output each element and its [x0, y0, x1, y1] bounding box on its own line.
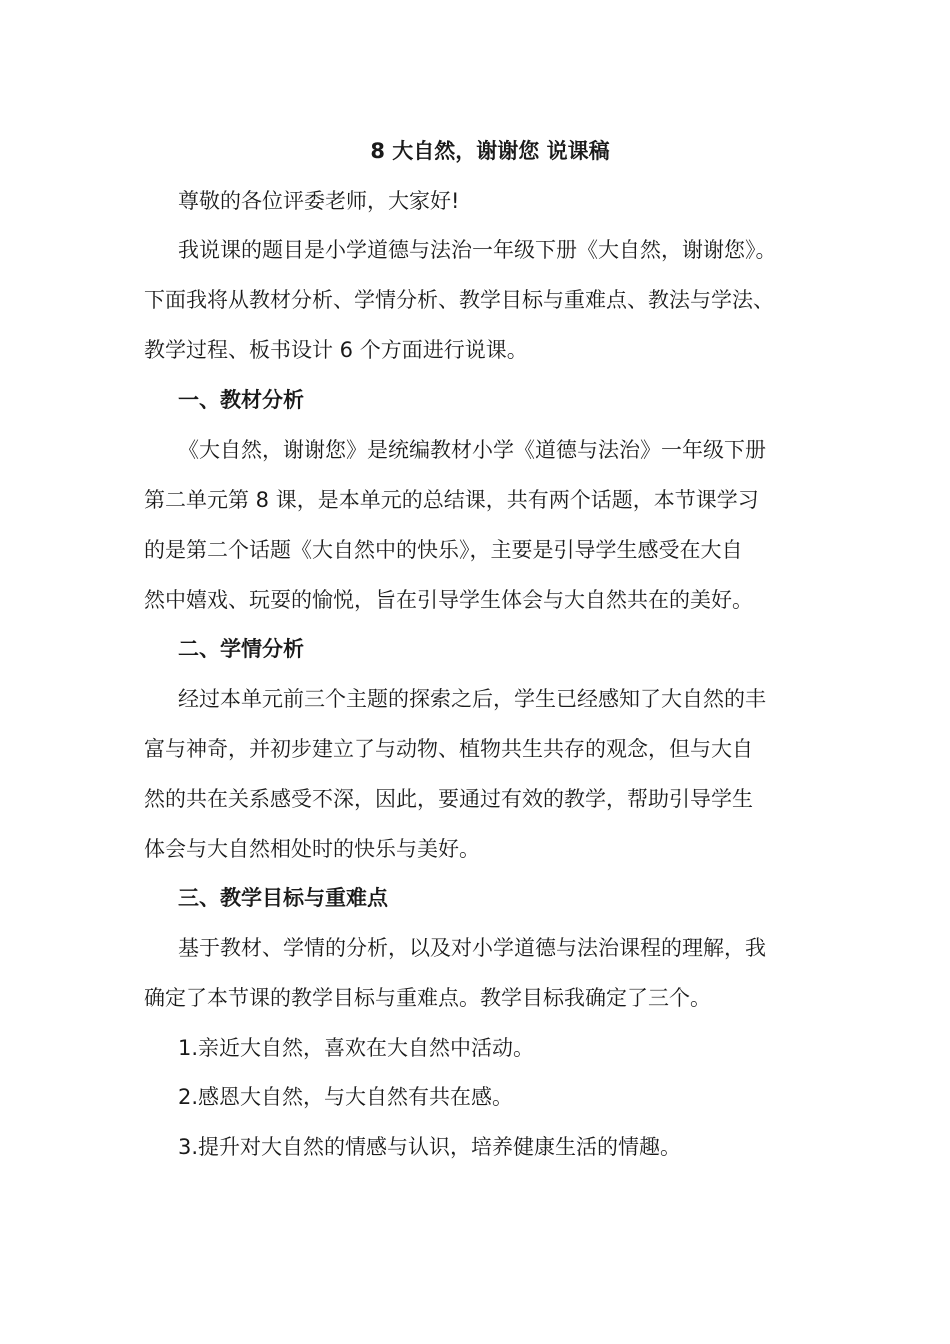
section-heading-teaching-goals: 三、教学目标与重难点: [178, 883, 388, 913]
paragraph-line: 富与神奇，并初步建立了与动物、植物共生共存的观念，但与大自: [144, 734, 753, 764]
intro-line: 教学过程、板书设计 6 个方面进行说课。: [144, 335, 528, 365]
paragraph-line: 第二单元第 8 课，是本单元的总结课，共有两个话题，本节课学习: [144, 485, 759, 515]
paragraph-line: 的是第二个话题《大自然中的快乐》，主要是引导学生感受在大自: [144, 535, 743, 565]
paragraph-line: 然中嬉戏、玩耍的愉悦，旨在引导学生体会与大自然共在的美好。: [144, 585, 753, 615]
document-page: 8 大自然，谢谢您 说课稿 尊敬的各位评委老师，大家好! 我说课的题目是小学道德…: [0, 0, 950, 1344]
goal-item-3: 3.提升对大自然的情感与认识，培养健康生活的情趣。: [178, 1132, 681, 1162]
goal-item-1: 1.亲近大自然，喜欢在大自然中活动。: [178, 1033, 534, 1063]
paragraph-line: 《大自然，谢谢您》是统编教材小学《道德与法治》一年级下册: [178, 435, 766, 465]
paragraph-line: 确定了本节课的教学目标与重难点。教学目标我确定了三个。: [144, 983, 711, 1013]
intro-line: 下面我将从教材分析、学情分析、教学目标与重难点、教法与学法、: [144, 285, 774, 315]
greeting: 尊敬的各位评委老师，大家好!: [178, 186, 459, 216]
goal-item-2: 2.感恩大自然，与大自然有共在感。: [178, 1082, 513, 1112]
section-heading-student-analysis: 二、学情分析: [178, 634, 304, 664]
paragraph-line: 然的共在关系感受不深，因此，要通过有效的教学，帮助引导学生: [144, 784, 753, 814]
paragraph-line: 经过本单元前三个主题的探索之后，学生已经感知了大自然的丰: [178, 684, 766, 714]
paragraph-line: 体会与大自然相处时的快乐与美好。: [144, 834, 480, 864]
document-title: 8 大自然，谢谢您 说课稿: [0, 136, 950, 166]
section-heading-textbook-analysis: 一、教材分析: [178, 385, 304, 415]
paragraph-line: 基于教材、学情的分析，以及对小学道德与法治课程的理解，我: [178, 933, 766, 963]
intro-line: 我说课的题目是小学道德与法治一年级下册《大自然，谢谢您》。: [178, 235, 777, 265]
